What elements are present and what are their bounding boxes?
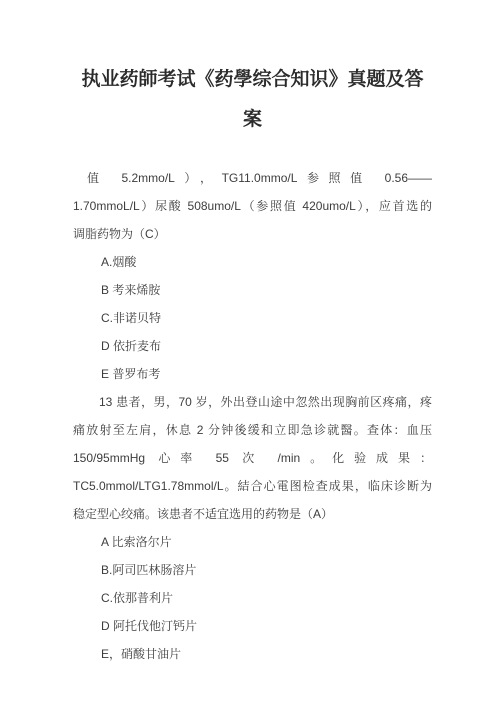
question-2-line: 150/95mmHg 心率 55 次 /min。化验成果： (73, 444, 432, 472)
question-1-option-c: C.非诺贝特 (73, 304, 432, 332)
question-2-option-d: D 阿托伐他汀钙片 (73, 612, 432, 640)
question-1-line: 调脂药物为（C） (73, 220, 432, 248)
question-1-line: 值 5.2mmo/L），TG11.0mmo/L参照值 0.56—— (73, 164, 432, 192)
question-2-line: 痛放射至左肩，休息 2 分钟後缓和立即急诊就醫。查体：血压 (73, 416, 432, 444)
question-1-option-a: A.烟酸 (73, 248, 432, 276)
question-1-option-b: B 考来烯胺 (73, 276, 432, 304)
question-2-line: 稳定型心绞痛。该患者不适宜选用的药物是（A） (73, 500, 432, 528)
question-2-line: 13 患者，男，70 岁，外出登山途中忽然出现胸前区疼痛，疼 (73, 388, 432, 416)
question-1-paragraph: 值 5.2mmo/L），TG11.0mmo/L参照值 0.56—— 1.70mm… (73, 164, 432, 248)
question-2-options: A 比索洛尔片 B.阿司匹林肠溶片 C.依那普利片 D 阿托伐他汀钙片 E，硝酸… (73, 528, 432, 668)
question-1-line: 1.70mmoL/L）尿酸 508umo/L（参照值 420umo/L），应首选… (73, 192, 432, 220)
page-title: 执业药師考试《药學综合知识》真题及答案 (73, 60, 432, 140)
question-1-option-d: D 依折麦布 (73, 332, 432, 360)
document-page: 执业药師考试《药學综合知识》真题及答案 值 5.2mmo/L），TG11.0mm… (0, 0, 500, 707)
question-2-line: TC5.0mmol/LTG1.78mmol/L。結合心電图检查成果，临床诊断为 (73, 472, 432, 500)
question-2-option-b: B.阿司匹林肠溶片 (73, 556, 432, 584)
question-2-option-a: A 比索洛尔片 (73, 528, 432, 556)
question-2-option-c: C.依那普利片 (73, 584, 432, 612)
question-2-paragraph: 13 患者，男，70 岁，外出登山途中忽然出现胸前区疼痛，疼 痛放射至左肩，休息… (73, 388, 432, 528)
question-1-option-e: E 普罗布考 (73, 360, 432, 388)
document-body: 值 5.2mmo/L），TG11.0mmo/L参照值 0.56—— 1.70mm… (73, 164, 432, 668)
question-2-option-e: E，硝酸甘油片 (73, 640, 432, 668)
question-1-options: A.烟酸 B 考来烯胺 C.非诺贝特 D 依折麦布 E 普罗布考 (73, 248, 432, 388)
